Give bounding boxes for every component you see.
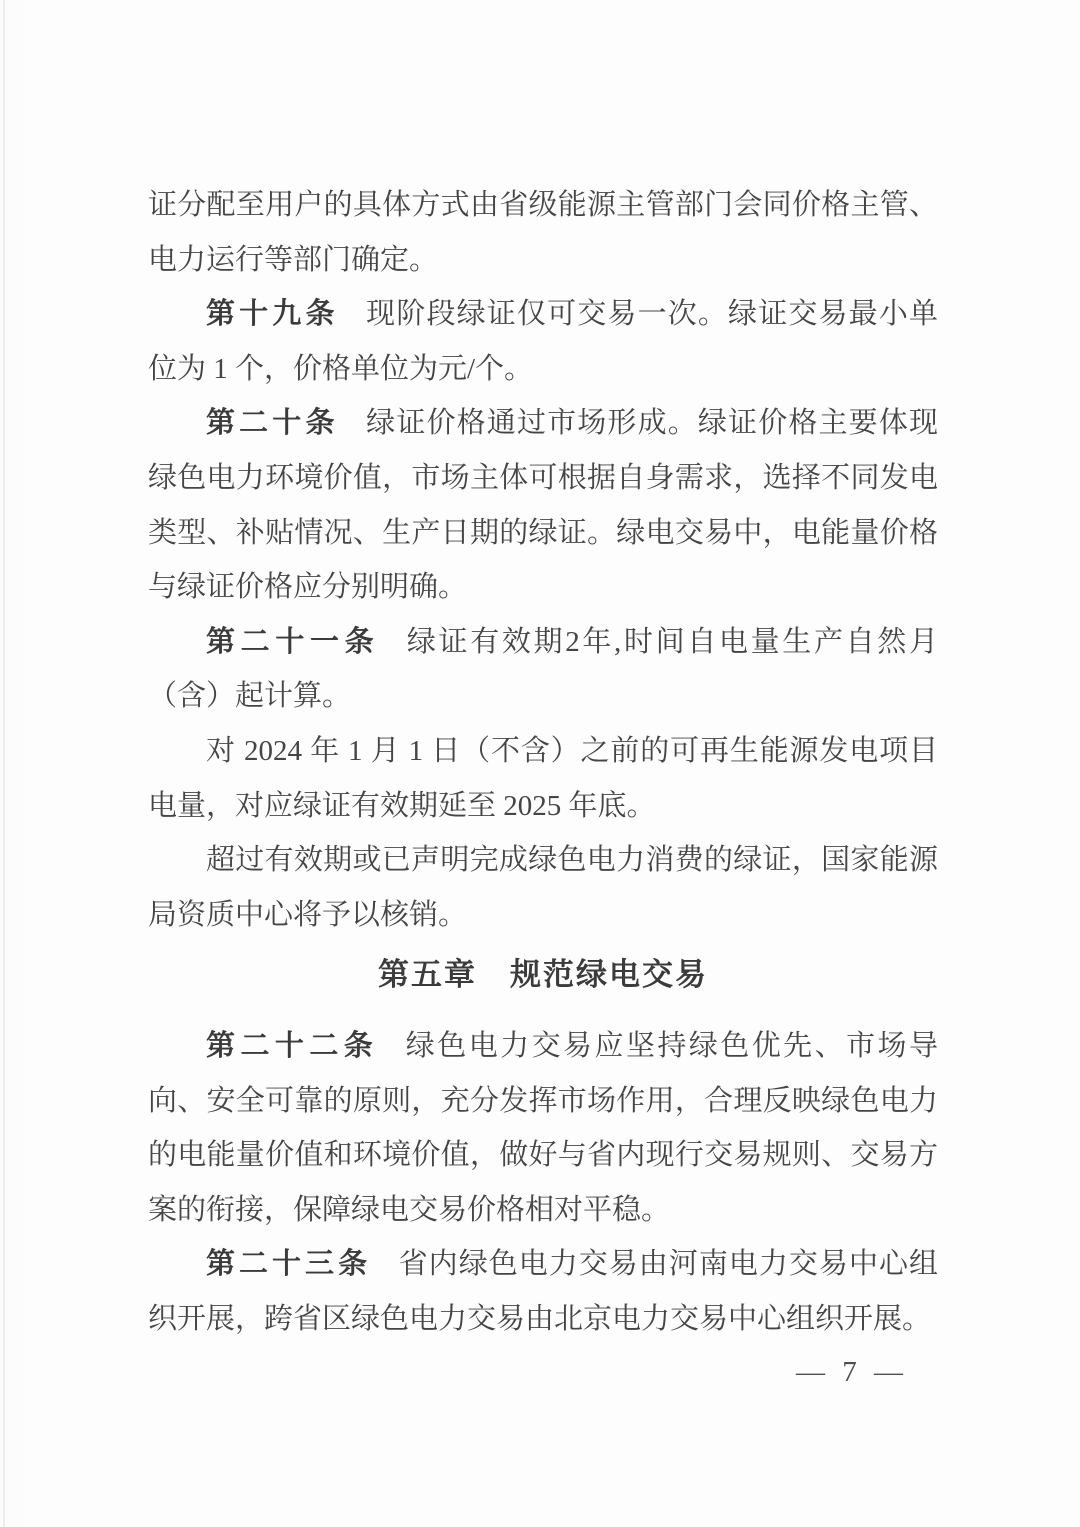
- paragraph-cancellation: 超过有效期或已声明完成绿色电力消费的绿证，国家能源局资质中心将予以核销。: [148, 833, 938, 942]
- paragraph-article-23: 第二十三条省内绿色电力交易由河南电力交易中心组织开展，跨省区绿色电力交易由北京电…: [148, 1237, 938, 1346]
- paragraph-continuation: 证分配至用户的具体方式由省级能源主管部门会同价格主管、电力运行等部门确定。: [148, 178, 938, 287]
- paragraph-article-20: 第二十条绿证价格通过市场形成。绿证价格主要体现绿色电力环境价值，市场主体可根据自…: [148, 396, 938, 614]
- document-body: 证分配至用户的具体方式由省级能源主管部门会同价格主管、电力运行等部门确定。 第十…: [148, 178, 938, 1346]
- article-23-number: 第二十三条: [206, 1248, 371, 1280]
- paragraph-validity-extension: 对 2024 年 1 月 1 日（不含）之前的可再生能源发电项目电量，对应绿证有…: [148, 724, 938, 833]
- article-19-number: 第十九条: [206, 298, 339, 330]
- article-20-number: 第二十条: [206, 407, 339, 439]
- page-number: — 7 —: [796, 1356, 908, 1389]
- document-page: 证分配至用户的具体方式由省级能源主管部门会同价格主管、电力运行等部门确定。 第十…: [0, 0, 1080, 1527]
- paragraph-article-21: 第二十一条绿证有效期2年,时间自电量生产自然月（含）起计算。: [148, 615, 938, 724]
- chapter-heading: 第五章 规范绿电交易: [148, 948, 938, 1003]
- article-21-number: 第二十一条: [206, 626, 379, 658]
- article-22-number: 第二十二条: [206, 1030, 378, 1062]
- paragraph-article-22: 第二十二条绿色电力交易应坚持绿色优先、市场导向、安全可靠的原则，充分发挥市场作用…: [148, 1019, 938, 1237]
- paragraph-article-19: 第十九条现阶段绿证仅可交易一次。绿证交易最小单位为 1 个，价格单位为元/个。: [148, 287, 938, 396]
